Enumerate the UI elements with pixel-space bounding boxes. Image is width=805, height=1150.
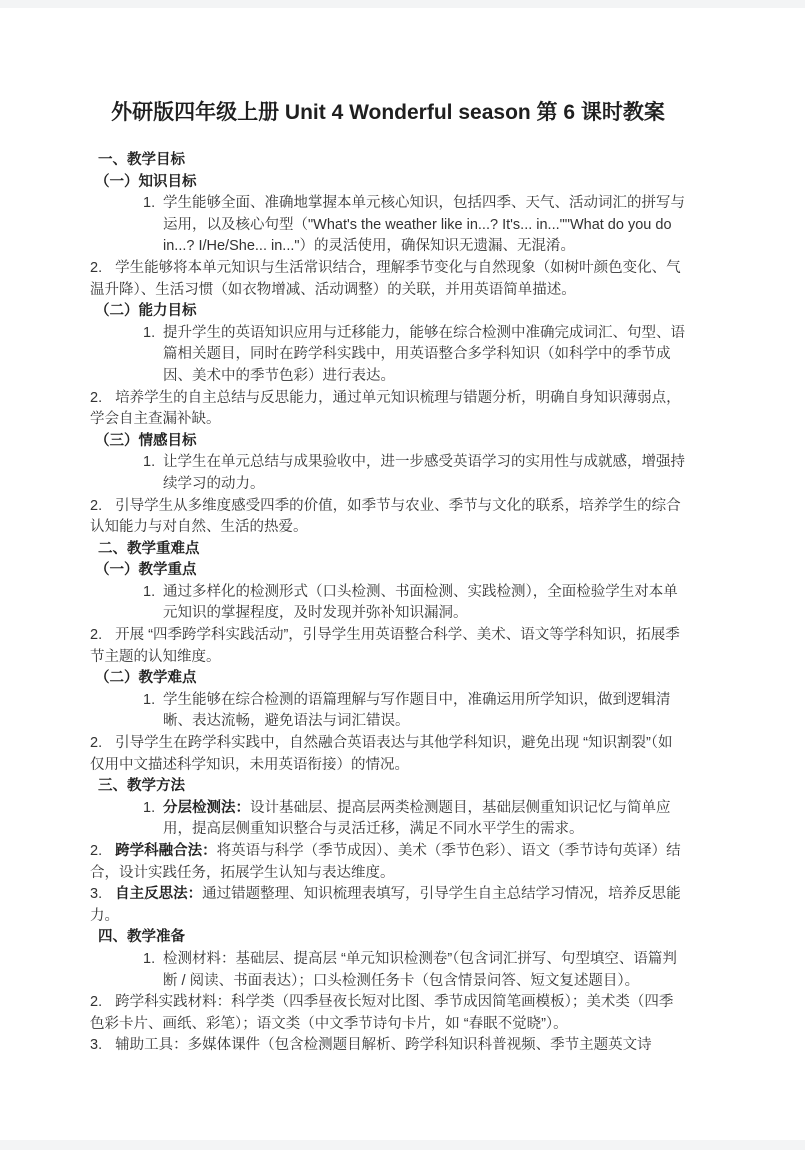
item-text: 辅助工具：多媒体课件（包含检测题目解析、跨学科知识科普视频、季节主题英文诗 bbox=[115, 1037, 652, 1053]
item-text: 提升学生的英语知识应用与迁移能力，能够在综合检测中准确完成词汇、句型、语篇相关题… bbox=[163, 325, 685, 384]
numbered-paragraph: 2.跨学科实践材料：科学类（四季昼夜长短对比图、季节成因简笔画模板）；美术类（四… bbox=[90, 992, 686, 1035]
item-number: 1. bbox=[143, 452, 155, 474]
numbered-paragraph: 2.培养学生的自主总结与反思能力，通过单元知识梳理与错题分析，明确自身知识薄弱点… bbox=[90, 388, 686, 431]
item-number: 1. bbox=[143, 193, 155, 215]
item-text: 跨学科实践材料：科学类（四季昼夜长短对比图、季节成因简笔画模板）；美术类（四季色… bbox=[90, 994, 673, 1032]
numbered-item: 1.通过多样化的检测形式（口头检测、书面检测、实践检测），全面检验学生对本单元知… bbox=[90, 582, 686, 625]
section-heading: 三、教学方法 bbox=[90, 776, 686, 798]
item-text: 通过多样化的检测形式（口头检测、书面检测、实践检测），全面检验学生对本单元知识的… bbox=[163, 584, 678, 622]
item-number: 1. bbox=[143, 582, 155, 604]
item-number: 2. bbox=[90, 994, 102, 1010]
item-term: 分层检测法： bbox=[163, 800, 250, 816]
item-term: 跨学科融合法： bbox=[115, 843, 217, 859]
numbered-paragraph: 2.引导学生从多维度感受四季的价值，如季节与农业、季节与文化的联系，培养学生的综… bbox=[90, 496, 686, 539]
item-number: 1. bbox=[143, 949, 155, 971]
numbered-paragraph: 2.引导学生在跨学科实践中，自然融合英语表达与其他学科知识，避免出现 “知识割裂… bbox=[90, 733, 686, 776]
numbered-item: 1.学生能够全面、准确地掌握本单元核心知识，包括四季、天气、活动词汇的拼写与运用… bbox=[90, 193, 686, 258]
numbered-paragraph: 2.开展 “四季跨学科实践活动”，引导学生用英语整合科学、美术、语文等学科知识，… bbox=[90, 625, 686, 668]
section-heading: 二、教学重难点 bbox=[90, 539, 686, 561]
numbered-paragraph: 2.学生能够将本单元知识与生活常识结合，理解季节变化与自然现象（如树叶颜色变化、… bbox=[90, 258, 686, 301]
item-number: 2. bbox=[90, 498, 102, 514]
subsection-heading: （一）知识目标 bbox=[90, 172, 686, 194]
item-text: 开展 “四季跨学科实践活动”，引导学生用英语整合科学、美术、语文等学科知识，拓展… bbox=[90, 627, 680, 665]
item-text: 引导学生在跨学科实践中，自然融合英语表达与其他学科知识，避免出现 “知识割裂”（… bbox=[90, 735, 673, 773]
item-number: 2. bbox=[90, 260, 102, 276]
item-number: 1. bbox=[143, 798, 155, 820]
item-text: 学生能够在综合检测的语篇理解与写作题目中，准确运用所学知识，做到逻辑清晰、表达流… bbox=[163, 692, 671, 730]
section-heading: 四、教学准备 bbox=[90, 927, 686, 949]
item-term: 自主反思法： bbox=[115, 886, 202, 902]
document-viewport: 外研版四年级上册 Unit 4 Wonderful season 第 6 课时教… bbox=[0, 0, 805, 1150]
subsection-heading: （三）情感目标 bbox=[90, 431, 686, 453]
item-text: 检测材料：基础层、提高层 “单元知识检测卷”（包含词汇拼写、句型填空、语篇判断 … bbox=[163, 951, 677, 989]
item-text: 培养学生的自主总结与反思能力，通过单元知识梳理与错题分析，明确自身知识薄弱点，学… bbox=[90, 390, 681, 428]
item-number: 1. bbox=[143, 690, 155, 712]
numbered-paragraph: 3.辅助工具：多媒体课件（包含检测题目解析、跨学科知识科普视频、季节主题英文诗 bbox=[90, 1035, 686, 1057]
item-text: 让学生在单元总结与成果验收中，进一步感受英语学习的实用性与成就感，增强持续学习的… bbox=[163, 454, 685, 492]
numbered-item: 1.让学生在单元总结与成果验收中，进一步感受英语学习的实用性与成就感，增强持续学… bbox=[90, 452, 686, 495]
item-text: 引导学生从多维度感受四季的价值，如季节与农业、季节与文化的联系，培养学生的综合认… bbox=[90, 498, 681, 536]
item-text: 学生能够全面、准确地掌握本单元核心知识，包括四季、天气、活动词汇的拼写与运用，以… bbox=[163, 195, 685, 254]
numbered-paragraph: 2.跨学科融合法：将英语与科学（季节成因）、美术（季节色彩）、语文（季节诗句英译… bbox=[90, 841, 686, 884]
numbered-item: 1.检测材料：基础层、提高层 “单元知识检测卷”（包含词汇拼写、句型填空、语篇判… bbox=[90, 949, 686, 992]
numbered-item: 1.分层检测法：设计基础层、提高层两类检测题目，基础层侧重知识记忆与简单应用，提… bbox=[90, 798, 686, 841]
page-title: 外研版四年级上册 Unit 4 Wonderful season 第 6 课时教… bbox=[90, 98, 686, 128]
numbered-item: 1.学生能够在综合检测的语篇理解与写作题目中，准确运用所学知识，做到逻辑清晰、表… bbox=[90, 690, 686, 733]
section-heading: 一、教学目标 bbox=[90, 150, 686, 172]
item-number: 3. bbox=[90, 1037, 102, 1053]
subsection-heading: （二）能力目标 bbox=[90, 301, 686, 323]
page-content: 外研版四年级上册 Unit 4 Wonderful season 第 6 课时教… bbox=[0, 8, 686, 1057]
item-number: 2. bbox=[90, 390, 102, 406]
item-number: 2. bbox=[90, 735, 102, 751]
subsection-heading: （二）教学难点 bbox=[90, 668, 686, 690]
item-number: 1. bbox=[143, 323, 155, 345]
numbered-item: 1.提升学生的英语知识应用与迁移能力，能够在综合检测中准确完成词汇、句型、语篇相… bbox=[90, 323, 686, 388]
item-number: 2. bbox=[90, 843, 102, 859]
document-page: 外研版四年级上册 Unit 4 Wonderful season 第 6 课时教… bbox=[0, 8, 805, 1140]
item-number: 2. bbox=[90, 627, 102, 643]
subsection-heading: （一）教学重点 bbox=[90, 560, 686, 582]
item-number: 3. bbox=[90, 886, 102, 902]
item-text: 学生能够将本单元知识与生活常识结合，理解季节变化与自然现象（如树叶颜色变化、气温… bbox=[90, 260, 681, 298]
numbered-paragraph: 3.自主反思法：通过错题整理、知识梳理表填写，引导学生自主总结学习情况，培养反思… bbox=[90, 884, 686, 927]
